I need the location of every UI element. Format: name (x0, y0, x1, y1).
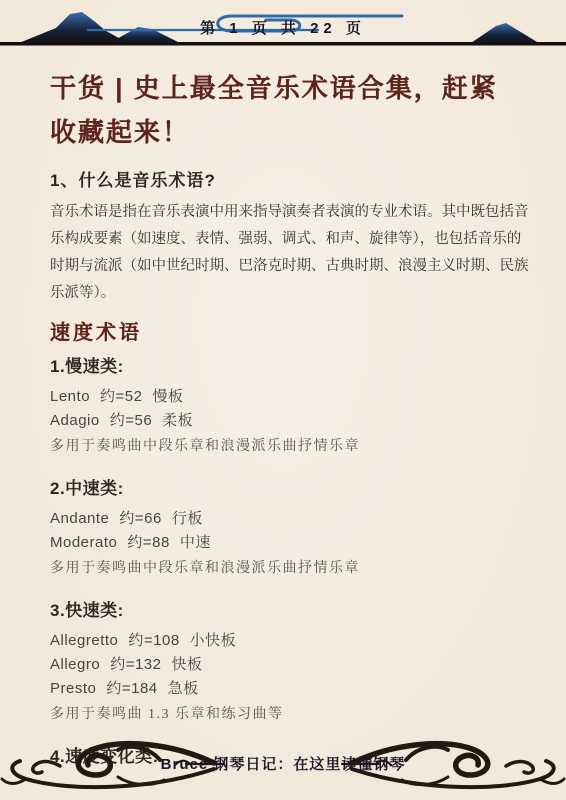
term-chinese: 行板 (172, 511, 203, 527)
term-value: 约=56 (110, 412, 152, 429)
term-name: Andante (50, 510, 109, 527)
tempo-group-note: 多用于奏鸣曲 1.3 乐章和练习曲等 (50, 703, 526, 726)
term-chinese: 急板 (168, 681, 199, 697)
tempo-group-heading: 2.中速类: (50, 478, 526, 500)
tempo-term: Allegretto约=108小快板 (50, 629, 526, 653)
term-value: 约=108 (128, 632, 179, 649)
tempo-term: Presto约=184急板 (50, 677, 526, 701)
tempo-term: Moderato约=88中速 (50, 531, 526, 555)
footer-branding: Bruce 钢琴日记：在这里读懂钢琴 (0, 753, 566, 774)
tempo-group-heading: 1.慢速类: (50, 356, 526, 378)
term-value: 约=66 (119, 510, 161, 527)
term-chinese: 快板 (172, 657, 203, 673)
tempo-group-slow: 1.慢速类: Lento约=52慢板 Adagio约=56柔板 多用于奏鸣曲中段… (50, 356, 526, 458)
term-value: 约=132 (110, 656, 161, 673)
page-footer: Bruce 钢琴日记：在这里读懂钢琴 (0, 738, 566, 790)
term-value: 约=88 (127, 534, 169, 551)
article-title: 干货 | 史上最全音乐术语合集，赶紧收藏起来！ (50, 66, 508, 154)
term-name: Allegretto (50, 632, 118, 649)
term-name: Adagio (50, 412, 100, 429)
tempo-group-fast: 3.快速类: Allegretto约=108小快板 Allegro约=132快板… (50, 600, 526, 726)
article-body: 干货 | 史上最全音乐术语合集，赶紧收藏起来！ 1、什么是音乐术语? 音乐术语是… (0, 66, 566, 768)
term-name: Allegro (50, 656, 100, 673)
intro-paragraph: 音乐术语是指在音乐表演中用来指导演奏者表演的专业术语。其中既包括音乐构成要素（如… (50, 199, 534, 307)
term-name: Lento (50, 388, 90, 405)
term-name: Presto (50, 680, 96, 697)
term-chinese: 小快板 (190, 633, 237, 649)
term-chinese: 慢板 (153, 389, 184, 405)
tempo-group-heading: 3.快速类: (50, 600, 526, 622)
tempo-term: Adagio约=56柔板 (50, 409, 526, 433)
tempo-section-heading: 速度术语 (50, 320, 526, 346)
page-header: 第 1 页 共 22 页 (0, 0, 566, 48)
term-value: 约=184 (106, 680, 157, 697)
tempo-group-note: 多用于奏鸣曲中段乐章和浪漫派乐曲抒情乐章 (50, 435, 526, 458)
tempo-group-note: 多用于奏鸣曲中段乐章和浪漫派乐曲抒情乐章 (50, 557, 526, 580)
term-chinese: 中速 (180, 535, 211, 551)
intro-heading: 1、什么是音乐术语? (50, 170, 526, 192)
tempo-term: Allegro约=132快板 (50, 653, 526, 677)
tempo-term: Lento约=52慢板 (50, 385, 526, 409)
term-name: Moderato (50, 534, 117, 551)
term-value: 约=52 (100, 388, 142, 405)
term-chinese: 柔板 (162, 413, 193, 429)
tempo-group-medium: 2.中速类: Andante约=66行板 Moderato约=88中速 多用于奏… (50, 478, 526, 580)
article-page: 第 1 页 共 22 页 干货 | 史上最全音乐术语合集，赶紧收藏起来！ 1、什… (0, 0, 566, 800)
page-indicator: 第 1 页 共 22 页 (0, 17, 566, 38)
tempo-term: Andante约=66行板 (50, 507, 526, 531)
